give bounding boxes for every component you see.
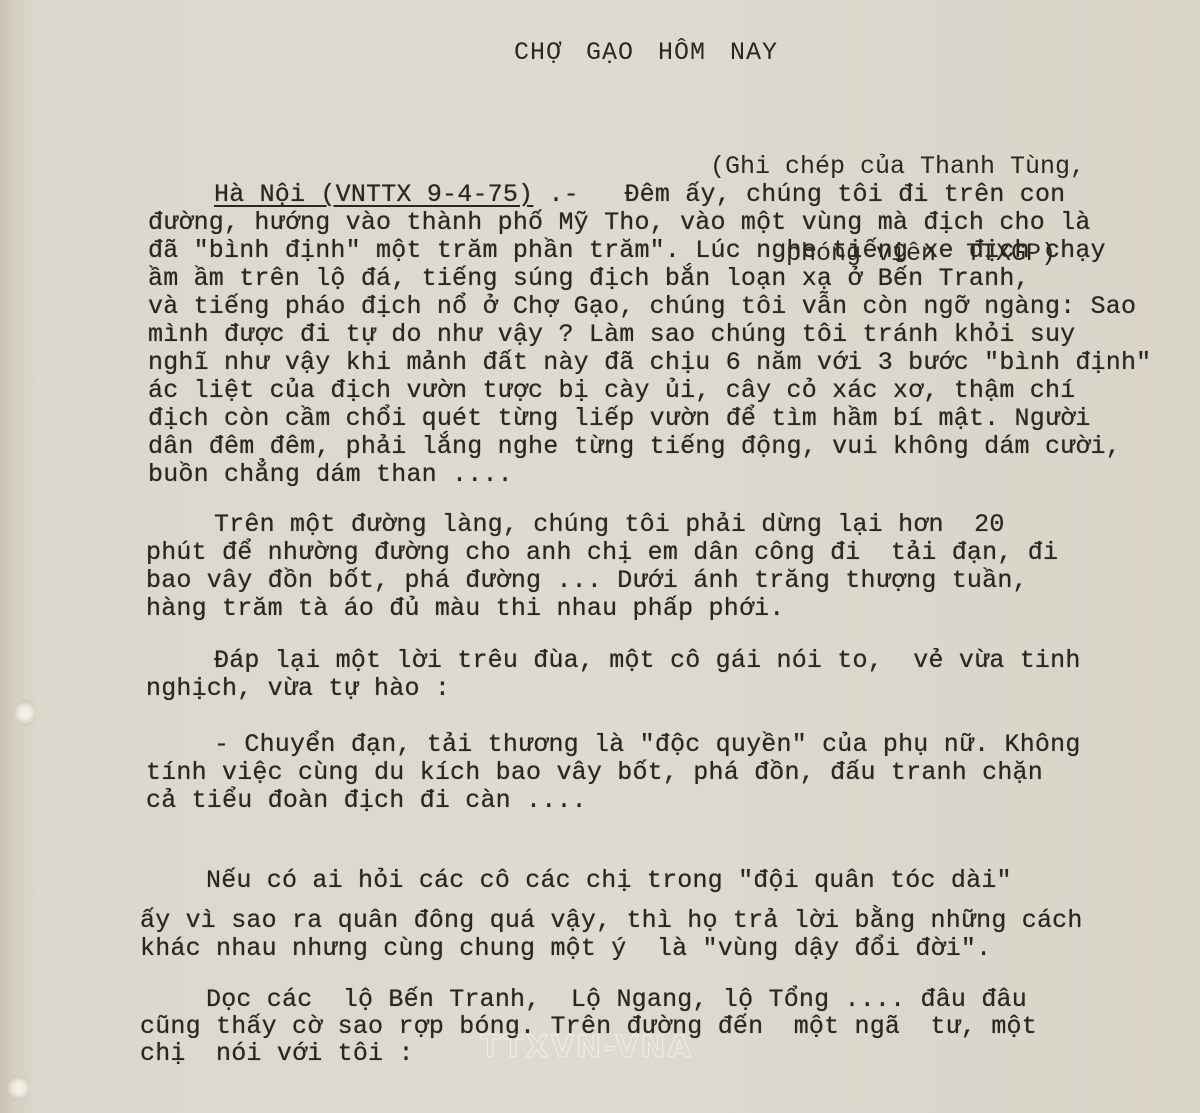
text-line: dân đêm đêm, phải lắng nghe từng tiếng đ… bbox=[148, 432, 1121, 461]
document-page: CHỢ GẠO HÔM NAY (Ghi chép của Thanh Tùng… bbox=[0, 0, 1200, 1113]
text-line: Hà Nội (VNTTX 9-4-75) .- Đêm ấy, chúng t… bbox=[214, 180, 1065, 209]
text-line: đường, hướng vào thành phố Mỹ Tho, vào m… bbox=[148, 208, 1091, 237]
dateline: Hà Nội (VNTTX 9-4-75) bbox=[214, 180, 533, 209]
text-line: buồn chẳng dám than .... bbox=[148, 460, 513, 489]
text-line: Dọc các lộ Bến Tranh, Lộ Ngang, lộ Tổng … bbox=[206, 985, 1027, 1014]
text-line: phút để nhường đường cho anh chị em dân … bbox=[146, 538, 1058, 567]
byline-line: (Ghi chép của Thanh Tùng, bbox=[710, 152, 1085, 181]
text-line: nghịch, vừa tự hào : bbox=[146, 674, 450, 703]
text-line: mình được đi tự do như vậy ? Làm sao chú… bbox=[148, 320, 1075, 349]
text-line: ác liệt của địch vườn tược bị cày ủi, câ… bbox=[148, 376, 1075, 405]
text-line: - Chuyển đạn, tải thương là "độc quyền" … bbox=[214, 730, 1081, 759]
text-line: địch còn cầm chổi quét từng liếp vườn để… bbox=[148, 404, 1091, 433]
text-line: Đáp lại một lời trêu đùa, một cô gái nói… bbox=[214, 646, 1081, 675]
text-line: ầm ầm trên lộ đá, tiếng súng địch bắn lo… bbox=[148, 264, 1030, 293]
text-line: và tiếng pháo địch nổ ở Chợ Gạo, chúng t… bbox=[148, 292, 1136, 321]
text-line: hàng trăm tà áo đủ màu thi nhau phấp phớ… bbox=[146, 594, 785, 623]
text-line: nghĩ như vậy khi mảnh đất này đã chịu 6 … bbox=[148, 348, 1151, 377]
watermark: TTXVN-VNA bbox=[480, 1030, 693, 1065]
text-line: bao vây đồn bốt, phá đường ... Dưới ánh … bbox=[146, 566, 1028, 595]
text-line: khác nhau nhưng cùng chung một ý là "vùn… bbox=[140, 934, 991, 963]
document-title: CHỢ GẠO HÔM NAY bbox=[514, 38, 778, 67]
text-line: ấy vì sao ra quân đông quá vậy, thì họ t… bbox=[140, 906, 1083, 935]
text-line: đã "bình định" một trăm phần trăm". Lúc … bbox=[148, 236, 1106, 265]
text-line: Trên một đường làng, chúng tôi phải dừng… bbox=[214, 510, 1005, 539]
text-line: chị nói với tôi : bbox=[140, 1039, 414, 1068]
paper-hole bbox=[14, 700, 36, 726]
text-line: cả tiểu đoàn địch đi càn .... bbox=[146, 786, 587, 815]
text-line: Nếu có ai hỏi các cô các chị trong "đội … bbox=[206, 866, 1012, 895]
paper-hole bbox=[8, 1075, 30, 1101]
text-line: tính việc cùng du kích bao vây bốt, phá … bbox=[146, 758, 1043, 787]
